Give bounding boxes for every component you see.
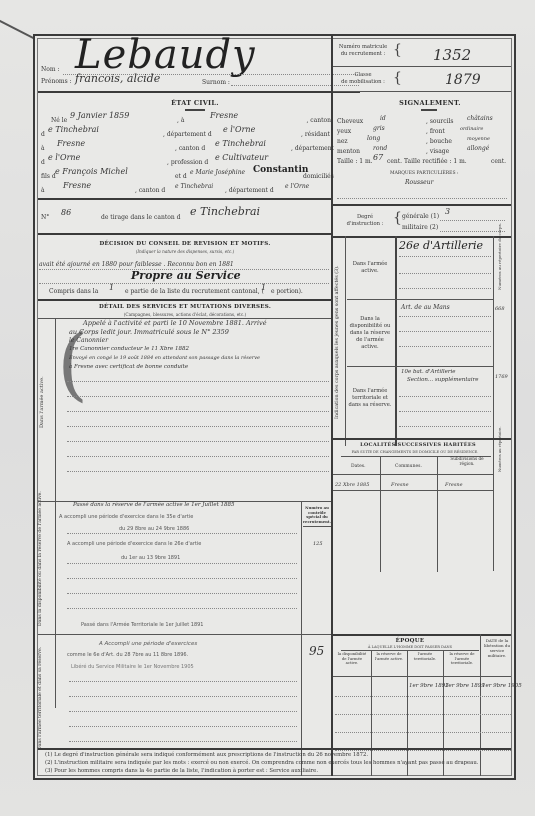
- nom-label: Nom :: [41, 66, 59, 73]
- territoriale-rule-4: [69, 726, 297, 727]
- services-rule-3: [67, 411, 329, 412]
- classe-label-2: de mobilisation :: [341, 79, 385, 85]
- tirage-divider: [38, 233, 331, 235]
- epoque-rule-1: [335, 696, 511, 697]
- affectation-right-value-1: 668: [495, 306, 505, 312]
- classe-label-1: Classe: [354, 72, 371, 78]
- residence-value: Fresne: [57, 139, 85, 148]
- matricule-label-1: Numéro matricule: [339, 44, 387, 50]
- visage-label: , visage: [426, 148, 449, 155]
- d2-label: d: [41, 159, 45, 166]
- signalement-underline: [421, 109, 437, 111]
- yeux-value: gris: [373, 125, 385, 132]
- departement2-label: , département: [291, 145, 334, 152]
- affectation-rule-4: [399, 316, 491, 317]
- affectation-side-divider: [345, 236, 346, 446]
- et-label: et d: [175, 173, 187, 180]
- matricule-brace: {: [393, 42, 402, 58]
- signalement-divider: [333, 204, 511, 206]
- taille-cent2-label: cent.: [491, 158, 506, 165]
- services-territoriale-side-label: Dans l'armée territoriale et dans sa rés…: [38, 641, 54, 756]
- generale-label: générale (1): [402, 213, 439, 220]
- services-rule-6: [67, 456, 329, 457]
- epoque-top-divider: [333, 634, 511, 636]
- mere-value: e Marie Joséphine: [190, 169, 245, 176]
- reserve-line-3: du 29 8bre au 24 9bre 1886: [119, 526, 189, 532]
- nez-label: nez: [337, 138, 348, 145]
- fils-label: fils d: [41, 173, 56, 180]
- epoque-col-4: la réserve de l'armée territoriale.: [444, 652, 480, 666]
- reserve-rule-4: [67, 593, 297, 594]
- services-subtitle: (Campagnes, blessures, actions d'éclat, …: [95, 312, 275, 317]
- bouche-value: moyenne: [467, 136, 490, 142]
- departement-value: e l'Orne: [223, 125, 255, 134]
- canton2-value: e Tinchebrai: [215, 139, 266, 148]
- a-label: , à: [177, 117, 184, 124]
- sourcils-label: , sourcils: [426, 118, 454, 125]
- services-rule-5: [67, 441, 329, 442]
- departement3-label: , département d: [225, 187, 274, 194]
- a3-label: à: [41, 187, 45, 194]
- front-label: , front: [426, 128, 445, 135]
- reserve-line-1: Passé dans la réserve de l'armée active …: [73, 502, 235, 508]
- affectation-active-label: Dans l'armée active.: [347, 261, 393, 275]
- territoriale-num: 95: [309, 644, 324, 658]
- matricule-divider: [333, 66, 511, 67]
- localites-col-communes: Communes.: [395, 464, 422, 469]
- affectation-label-divider: [395, 236, 397, 446]
- territoriale-rule-5: [69, 741, 297, 742]
- profession-value: e Cultivateur: [215, 153, 268, 162]
- services-side-divider: [55, 318, 56, 708]
- services-rule-4: [67, 426, 329, 427]
- service-line-3: le Canonnier: [69, 337, 108, 344]
- affectation-rule-2: [399, 273, 491, 274]
- affectation-rule-6: [399, 346, 491, 347]
- footnotes-divider: [38, 748, 511, 750]
- epoque-title: ÉPOQUE: [370, 638, 450, 644]
- affectation-rule-9: [399, 426, 491, 427]
- classe-divider: [333, 91, 511, 92]
- partie-value: 1: [109, 283, 114, 292]
- epoque-rule-3: [335, 732, 511, 733]
- menton-value: rond: [373, 145, 387, 152]
- service-line-4: 1re Canonnier conducteur le 11 Xbre 1882: [69, 346, 189, 352]
- matricule-value: 1352: [433, 46, 471, 64]
- affectation-rule-7: [399, 396, 491, 397]
- service-line-6: à Fresne avec certificat de bonne condui…: [69, 364, 188, 370]
- canton2-label: , canton d: [175, 145, 205, 152]
- menton-label: menton: [337, 148, 360, 155]
- footnote-1: (1) Le degré d'instruction générale sera…: [45, 752, 368, 758]
- marques-value: Rousseur: [405, 179, 433, 186]
- services-title: DÉTAIL DES SERVICES ET MUTATIONS DIVERSE…: [75, 304, 295, 310]
- matricule-label: Numéro matricule du recrutement :: [335, 44, 391, 58]
- degre-label-2: d'instruction :: [347, 221, 384, 227]
- degre-label-1: Degré: [357, 214, 373, 220]
- services-reserve-divider: [38, 634, 331, 635]
- marques-label: MARQUES PARTICULIÈRES :: [390, 171, 458, 176]
- prenoms-label: Prénoms :: [41, 78, 72, 85]
- service-line-1: Appelé à l'activité et parti le 10 Novem…: [83, 319, 267, 327]
- canton-label: , canton: [306, 117, 331, 124]
- service-line-5: Envoyé en congé le 19 août 1884 en atten…: [69, 355, 260, 361]
- services-rule-7: [67, 471, 329, 472]
- front-value: ordinaire: [460, 126, 483, 132]
- affectation-disponibilite-label: Dans la disponibilité ou dans la réserve…: [347, 316, 393, 351]
- compris-label: Compris dans la: [49, 288, 98, 295]
- militaire-label: militaire (2): [402, 224, 438, 231]
- surnom-label: Surnom :: [202, 79, 230, 86]
- controle-column-divider: [301, 501, 302, 776]
- footnote-3: (3) Pour les hommes compris dans la 4e p…: [45, 768, 318, 774]
- affectation-territoriale-value-1: 10e bat. d'Artillerie: [401, 369, 456, 375]
- canton-value: e Tinchebrai: [48, 125, 99, 134]
- etat-civil-title: ÉTAT CIVIL.: [145, 99, 245, 107]
- affectation-divider-1: [347, 299, 493, 300]
- lieu-naissance-value: Fresne: [210, 111, 238, 120]
- epoque-value-liberation: 1er 9bre 1905: [482, 683, 522, 689]
- affectation-territoriale-label: Dans l'armée territoriale et dans sa rés…: [347, 388, 393, 409]
- controle-header-divider: [303, 526, 331, 527]
- localites-title: LOCALITÉS SUCCESSIVES HABITÉES: [345, 442, 491, 448]
- departement2-value: e l'Orne: [48, 153, 80, 162]
- territoriale-rule-2: [69, 696, 297, 697]
- generale-line: [440, 220, 505, 221]
- affectation-bottom-divider: [333, 438, 511, 440]
- profession-label: , profession d: [167, 159, 208, 166]
- etat-civil-divider: [38, 198, 331, 200]
- classe-label: Classe de mobilisation :: [335, 72, 391, 86]
- departement3-value: e l'Orne: [285, 183, 309, 190]
- cheveux-label: Cheveux: [337, 118, 363, 125]
- affectation-disponibilite-value: Art. de au Mans: [401, 304, 450, 311]
- services-active-side-label: Dans l'armée active.: [39, 332, 51, 472]
- domicile-value: Fresne: [63, 181, 91, 190]
- header-divider: [38, 91, 360, 93]
- decision-line-1: avait été ajourné en 1880 pour faiblesse…: [39, 261, 234, 268]
- nez-value: long: [367, 135, 380, 142]
- localites-row-commune: Fresne: [391, 482, 409, 488]
- taille-cent-label: cent. Taille rectifiée : 1 m.: [387, 158, 467, 165]
- decision-subtitle: (Indiquer la nature des dispenses, sursi…: [95, 249, 275, 254]
- localites-row-subdivision: Fresne: [445, 482, 463, 488]
- decision-title: DÉCISION DU CONSEIL DE REVISION ET MOTIF…: [75, 241, 295, 247]
- affectation-rule-5: [399, 331, 491, 332]
- passe-territoriale: Passé dans l'Armée Territoriale le 1er J…: [81, 622, 204, 628]
- localites-col-dates: Dates.: [351, 464, 366, 469]
- services-rule-2: [67, 396, 329, 397]
- services-reserve-side-label: Dans la disponibilité ou dans la réserve…: [38, 506, 54, 626]
- epoque-col-divider-3: [443, 650, 444, 776]
- cheveux-value: id: [380, 115, 386, 122]
- tirage-text: de tirage dans le canton d: [101, 214, 180, 221]
- localites-row-date: 22 Xbre 1885: [335, 482, 369, 488]
- a2-label: à: [41, 145, 45, 152]
- territoriale-rule-1: [69, 681, 297, 682]
- epoque-value-territoriale: 1er 9bre 1893: [409, 683, 449, 689]
- territoriale-line-1: comme le 6e d'Art. du 28 7bre au 11 8bre…: [67, 652, 188, 658]
- ne-le-value: 9 Janvier 1859: [70, 111, 129, 120]
- epoque-col-divider-1: [371, 650, 372, 776]
- decision-rule-2: [39, 283, 329, 284]
- taille-label: Taille : 1 m.: [337, 158, 373, 165]
- reserve-line-4: A accompli une période d'exercice dans l…: [67, 541, 201, 547]
- epoque-subtitle: À LAQUELLE L'HOMME DOIT PASSER DANS: [350, 645, 470, 649]
- reserve-rule-5: [67, 608, 297, 609]
- militaire-line: [440, 231, 505, 232]
- affectation-rule-8: [399, 411, 491, 412]
- localites-col-subdivisions: Subdivisions de région.: [443, 456, 491, 466]
- epoque-header-divider: [333, 676, 511, 677]
- degre-divider: [333, 236, 511, 238]
- epoque-col-2: la réserve de l'armée active.: [372, 652, 406, 661]
- affectation-active-value: 26e d'Artillerie: [399, 239, 483, 252]
- residant-label: , résidant: [301, 131, 330, 138]
- generale-value: 3: [445, 207, 450, 216]
- ne-le-label: Né le: [51, 117, 67, 124]
- affectation-right-value-2: 1769: [495, 374, 508, 380]
- marques-line: [337, 198, 507, 199]
- epoque-col-3: l'armée territoriale.: [408, 652, 442, 661]
- signalement-title: SIGNALEMENT.: [385, 99, 475, 107]
- localites-right-col-label: Numéros au répertoire.: [497, 442, 507, 472]
- territoriale-rule-3: [69, 711, 297, 712]
- classe-brace: {: [393, 70, 402, 86]
- bouche-label: , bouche: [426, 138, 452, 145]
- classe-value: 1879: [445, 72, 481, 88]
- localites-header-divider: [333, 474, 493, 475]
- reserve-rule-2: [67, 563, 297, 564]
- service-line-2: au Corps ledit jour. Immatriculé sous le…: [69, 328, 229, 336]
- epoque-rule-4: [335, 750, 511, 751]
- controle-label: Numéro au contrôle spécial du recrutemen…: [303, 506, 331, 524]
- reserve-rule-3: [67, 578, 297, 579]
- departement-label: , département d: [163, 131, 212, 138]
- territoriale-title: A Accompli une période d'exercices: [99, 641, 197, 647]
- taille-value: 67: [373, 153, 383, 162]
- decision-stamp: Propre au Service: [131, 269, 241, 282]
- mere-surname-stamp: Constantin: [253, 165, 308, 175]
- affectation-territoriale-value-2: Section... supplémentaire: [407, 377, 478, 383]
- tirage-canton-value: e Tinchebrai: [190, 205, 260, 218]
- degre-label: Degré d'instruction :: [338, 214, 392, 228]
- reserve-line-2: A accompli une période d'exercice dans l…: [59, 514, 193, 520]
- affectation-right-col-label: Numéros au répertoire du corps.: [497, 240, 507, 290]
- epoque-col-1: la disponibilité de l'armée active.: [335, 652, 369, 666]
- portion-text: e portion).: [271, 288, 303, 295]
- affectation-rule-3: [399, 288, 491, 289]
- title-underline: [185, 109, 205, 111]
- epoque-value-reserve-territoriale: 1er 9bre 1899: [445, 683, 485, 689]
- visage-value: allongé: [467, 145, 489, 152]
- decision-divider: [38, 299, 331, 301]
- localites-subtitle: PAR SUITE DE CHANGEMENTS DE DOMICILE OU …: [335, 450, 495, 454]
- domicilies-label: domiciliés: [303, 173, 334, 180]
- affectation-divider-2: [347, 366, 493, 367]
- portion-value: 1: [261, 283, 266, 292]
- sourcils-value: châtains: [467, 115, 493, 122]
- matricule-label-2: du recrutement :: [341, 51, 386, 57]
- territoriale-line-2: Libéré du Service Militaire le 1er Novem…: [71, 664, 194, 670]
- pere-value: e François Michel: [55, 167, 128, 176]
- prenoms-value: francois, alcide: [75, 72, 160, 85]
- localites-row-rule: [333, 490, 493, 491]
- d-label: d: [41, 131, 45, 138]
- canton3-label: , canton d: [135, 187, 165, 194]
- yeux-label: yeux: [337, 128, 351, 135]
- controle-value: 125: [313, 541, 323, 547]
- footnote-2: (2) L'instruction militaire sera indiqué…: [45, 760, 478, 766]
- military-register-form: Nom : Lebaudy Prénoms : francois, alcide…: [33, 34, 516, 780]
- services-rule-1: [67, 381, 329, 382]
- degre-brace: {: [393, 210, 402, 226]
- epoque-rule-2: [335, 714, 511, 715]
- partie-text: e partie de la liste du recrutement cant…: [125, 288, 264, 295]
- canton3-value: e Tinchebrai: [175, 183, 213, 190]
- affectation-side-label: Indication des corps auxquels les jeunes…: [335, 241, 343, 443]
- tirage-label: N°: [41, 214, 49, 221]
- reserve-line-5: du 1er au 13 9bre 1891: [121, 555, 180, 561]
- tirage-value: 86: [61, 208, 71, 217]
- epoque-col-divider-2: [407, 650, 408, 776]
- affectation-rule-1: [399, 256, 491, 257]
- reserve-rule-1: [67, 533, 297, 534]
- epoque-date-col-label: DATE de la libération du service militai…: [481, 638, 513, 658]
- affectation-right-divider: [493, 236, 494, 571]
